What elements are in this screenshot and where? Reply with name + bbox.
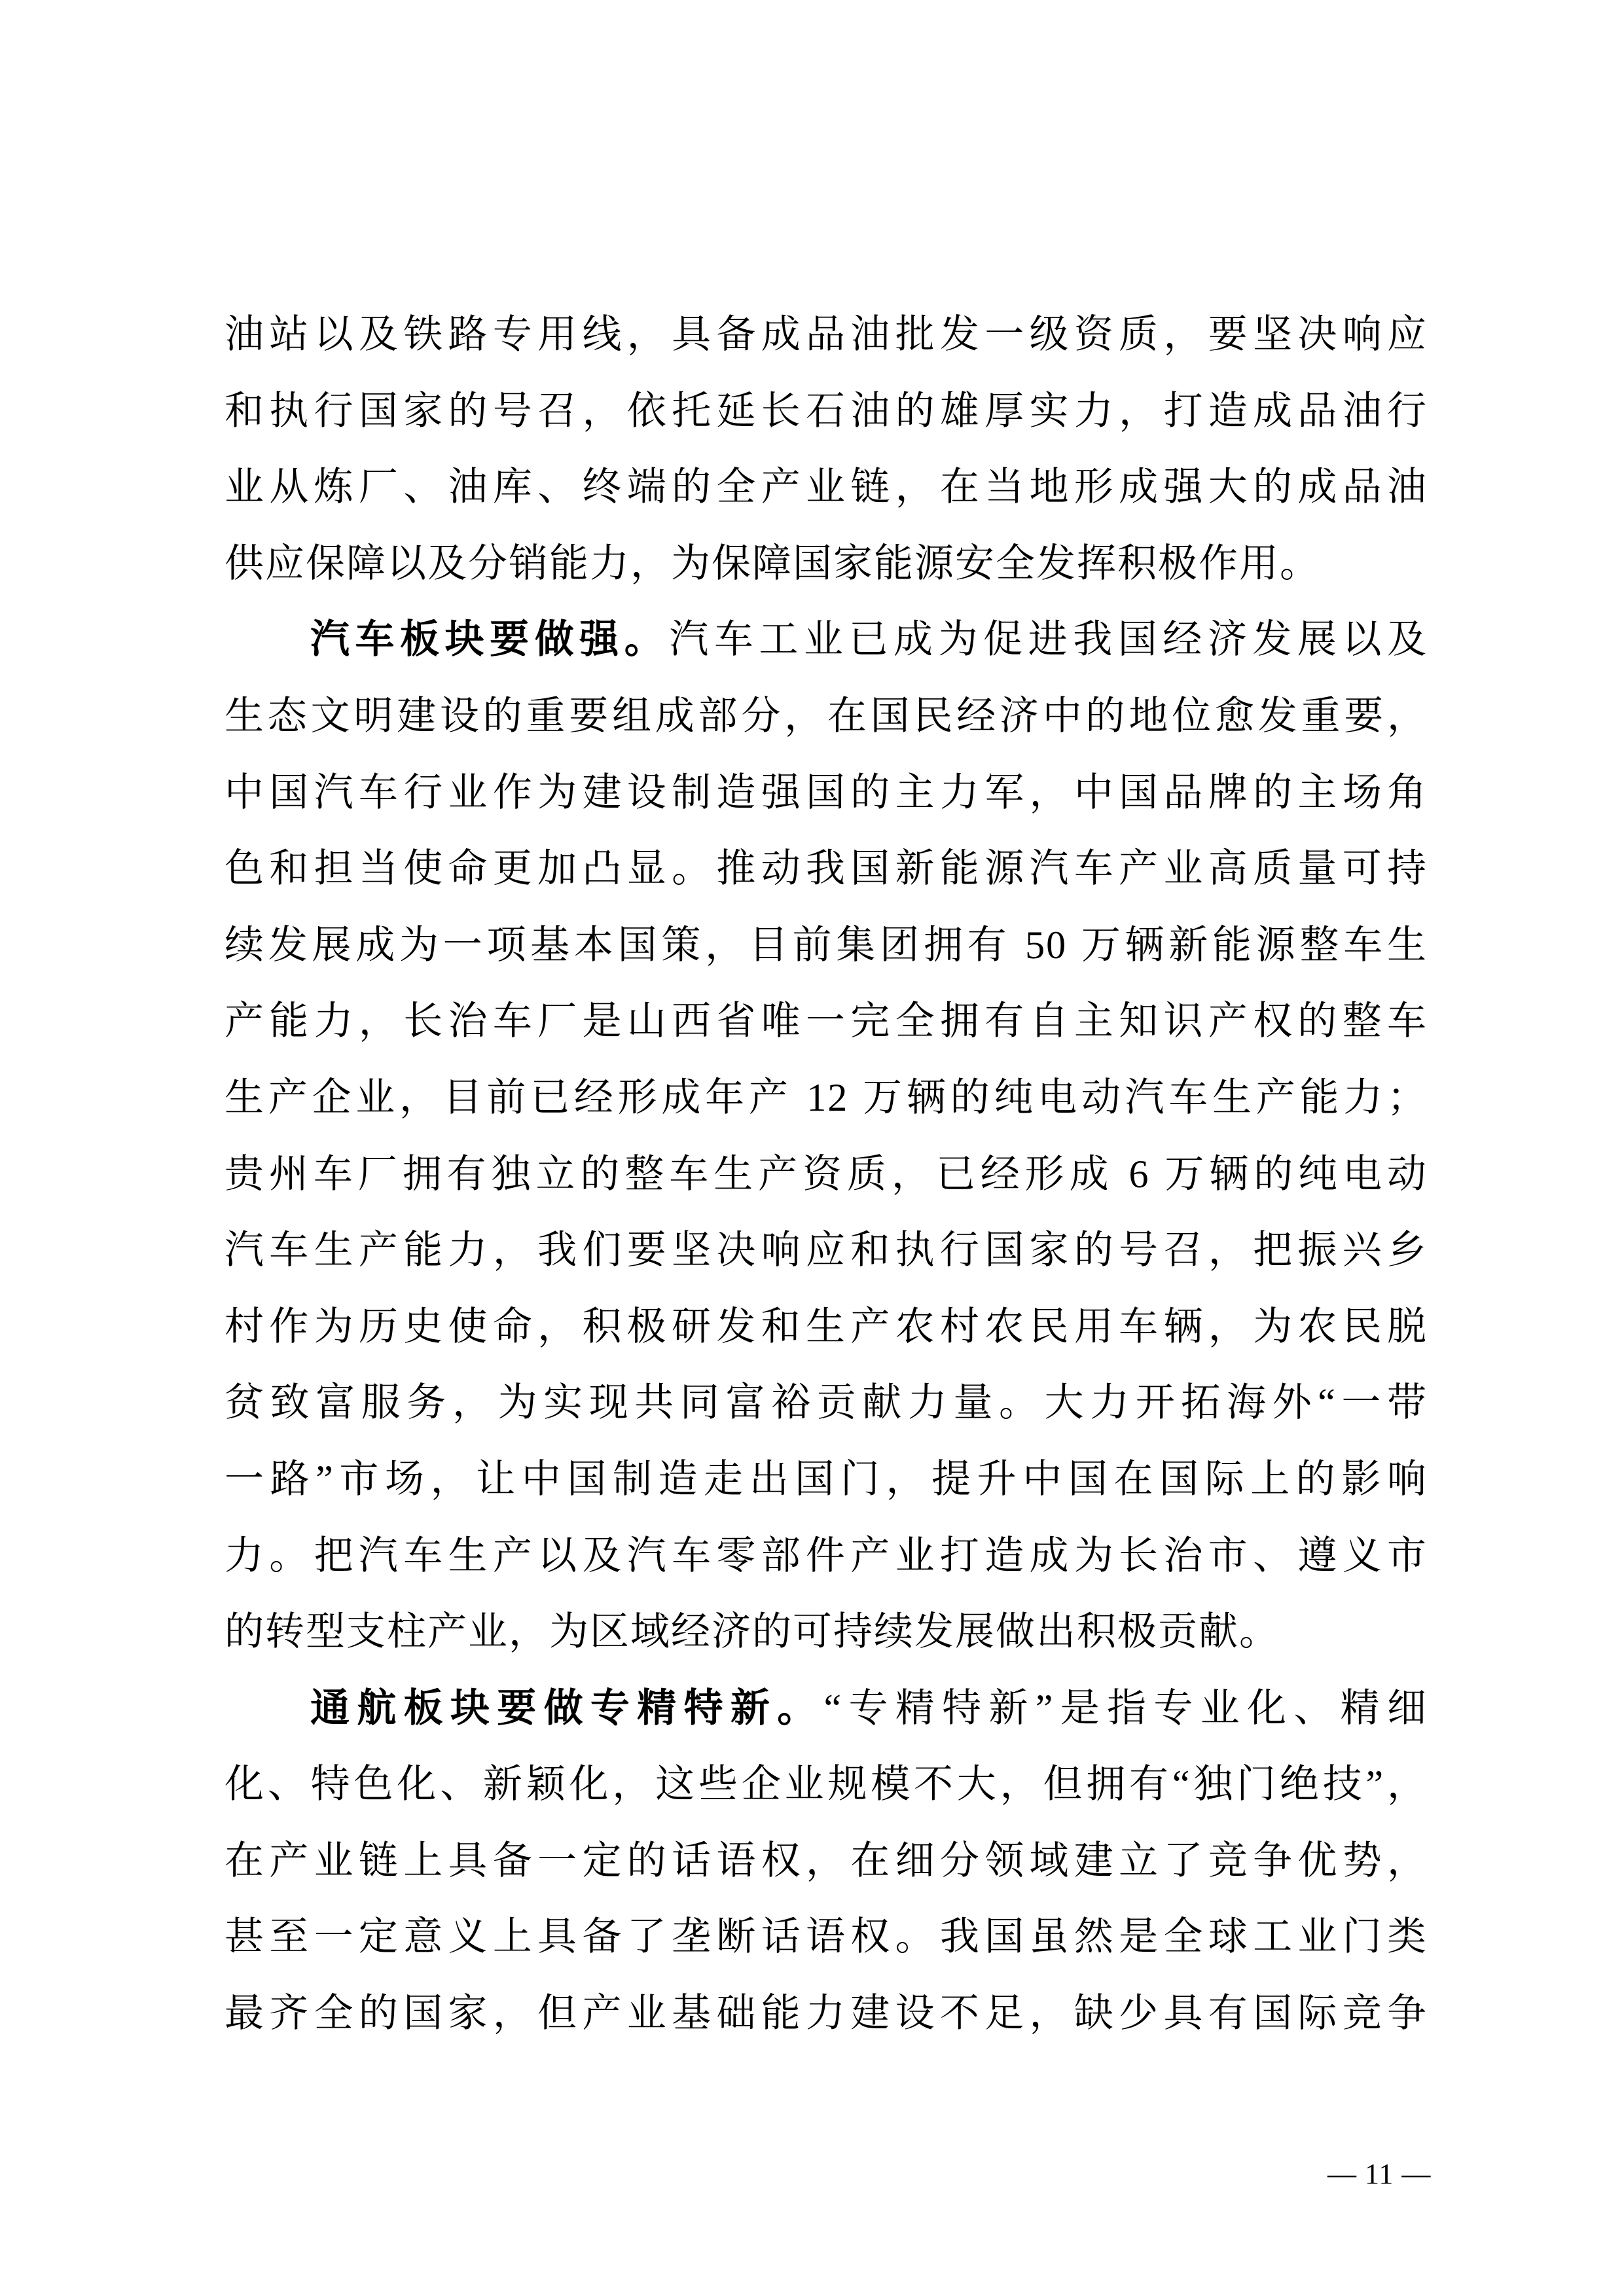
- text-run: 力。把汽车生产以及汽车零部件产业打造成为长治市、遵义市: [225, 1534, 1428, 1577]
- text-line: 贫致富服务，为实现共同富裕贡献力量。大力开拓海外“一带: [225, 1365, 1428, 1441]
- text-run: 业从炼厂、油库、终端的全产业链，在当地形成强大的成品油: [225, 465, 1428, 509]
- text-run: 汽车生产能力，我们要坚决响应和执行国家的号召，把振兴乡: [225, 1229, 1428, 1272]
- section-heading-run: 通航板块要做专精特新。: [310, 1687, 824, 1730]
- text-run: 一路”市场，让中国制造走出国门，提升中国在国际上的影响: [225, 1458, 1428, 1501]
- text-line: 汽车生产能力，我们要坚决响应和执行国家的号召，把振兴乡: [225, 1212, 1428, 1289]
- text-run: 中国汽车行业作为建设制造强国的主力军，中国品牌的主场角: [225, 771, 1428, 814]
- section-heading-run: 汽车板块要做强。: [310, 618, 669, 661]
- text-run: 生产企业，目前已经形成年产 12 万辆的纯电动汽车生产能力；: [225, 1076, 1428, 1119]
- text-run: “专精特新”是指专业化、精细: [824, 1687, 1428, 1730]
- text-line: 油站以及铁路专用线，具备成品油批发一级资质，要坚决响应: [225, 296, 1428, 373]
- text-line: 生态文明建设的重要组成部分，在国民经济中的地位愈发重要，: [225, 678, 1428, 755]
- text-run: 色和担当使命更加凸显。推动我国新能源汽车产业高质量可持: [225, 847, 1428, 890]
- text-run: 汽车工业已成为促进我国经济发展以及: [669, 618, 1428, 661]
- text-line: 生产企业，目前已经形成年产 12 万辆的纯电动汽车生产能力；: [225, 1060, 1428, 1136]
- text-line: 通航板块要做专精特新。“专精特新”是指专业化、精细: [225, 1670, 1428, 1747]
- text-line: 色和担当使命更加凸显。推动我国新能源汽车产业高质量可持: [225, 831, 1428, 907]
- text-run: 村作为历史使命，积极研发和生产农村农民用车辆，为农民脱: [225, 1305, 1428, 1348]
- text-line: 化、特色化、新颖化，这些企业规模不大，但拥有“独门绝技”，: [225, 1746, 1428, 1823]
- text-run: 贵州车厂拥有独立的整车生产资质，已经形成 6 万辆的纯电动: [225, 1153, 1428, 1196]
- text-line: 续发展成为一项基本国策，目前集团拥有 50 万辆新能源整车生: [225, 907, 1428, 984]
- page-number: — 11 —: [1327, 2160, 1431, 2189]
- text-line: 中国汽车行业作为建设制造强国的主力军，中国品牌的主场角: [225, 755, 1428, 831]
- text-run: 和执行国家的号召，依托延长石油的雄厚实力，打造成品油行: [225, 389, 1428, 433]
- text-run: 续发展成为一项基本国策，目前集团拥有 50 万辆新能源整车生: [225, 924, 1428, 967]
- text-line: 汽车板块要做强。汽车工业已成为促进我国经济发展以及: [225, 601, 1428, 678]
- text-line: 供应保障以及分销能力，为保障国家能源安全发挥积极作用。: [225, 526, 1428, 602]
- text-line: 力。把汽车生产以及汽车零部件产业打造成为长治市、遵义市: [225, 1518, 1428, 1594]
- text-line: 最齐全的国家，但产业基础能力建设不足，缺少具有国际竞争: [225, 1975, 1428, 2052]
- text-run: 油站以及铁路专用线，具备成品油批发一级资质，要坚决响应: [225, 313, 1428, 356]
- text-line: 的转型支柱产业，为区域经济的可持续发展做出积极贡献。: [225, 1594, 1428, 1670]
- text-run: 甚至一定意义上具备了垄断话语权。我国虽然是全球工业门类: [225, 1915, 1428, 1958]
- text-run: 供应保障以及分销能力，为保障国家能源安全发挥积极作用。: [225, 542, 1320, 585]
- document-page: 油站以及铁路专用线，具备成品油批发一级资质，要坚决响应和执行国家的号召，依托延长…: [0, 0, 1624, 2296]
- text-run: 生态文明建设的重要组成部分，在国民经济中的地位愈发重要，: [225, 694, 1428, 738]
- text-line: 贵州车厂拥有独立的整车生产资质，已经形成 6 万辆的纯电动: [225, 1136, 1428, 1213]
- text-line: 村作为历史使命，积极研发和生产农村农民用车辆，为农民脱: [225, 1289, 1428, 1365]
- text-line: 和执行国家的号召，依托延长石油的雄厚实力，打造成品油行: [225, 373, 1428, 450]
- text-run: 最齐全的国家，但产业基础能力建设不足，缺少具有国际竞争: [225, 1992, 1428, 2035]
- text-run: 贫致富服务，为实现共同富裕贡献力量。大力开拓海外“一带: [225, 1381, 1428, 1424]
- text-block: 油站以及铁路专用线，具备成品油批发一级资质，要坚决响应和执行国家的号召，依托延长…: [225, 296, 1428, 2052]
- text-line: 业从炼厂、油库、终端的全产业链，在当地形成强大的成品油: [225, 449, 1428, 526]
- text-run: 的转型支柱产业，为区域经济的可持续发展做出积极贡献。: [225, 1610, 1280, 1653]
- text-run: 产能力，长治车厂是山西省唯一完全拥有自主知识产权的整车: [225, 999, 1428, 1043]
- text-line: 一路”市场，让中国制造走出国门，提升中国在国际上的影响: [225, 1441, 1428, 1518]
- text-run: 在产业链上具备一定的话语权，在细分领域建立了竞争优势，: [225, 1839, 1428, 1882]
- text-line: 甚至一定意义上具备了垄断话语权。我国虽然是全球工业门类: [225, 1899, 1428, 1975]
- text-line: 产能力，长治车厂是山西省唯一完全拥有自主知识产权的整车: [225, 983, 1428, 1060]
- text-run: 化、特色化、新颖化，这些企业规模不大，但拥有“独门绝技”，: [225, 1763, 1428, 1806]
- text-line: 在产业链上具备一定的话语权，在细分领域建立了竞争优势，: [225, 1823, 1428, 1899]
